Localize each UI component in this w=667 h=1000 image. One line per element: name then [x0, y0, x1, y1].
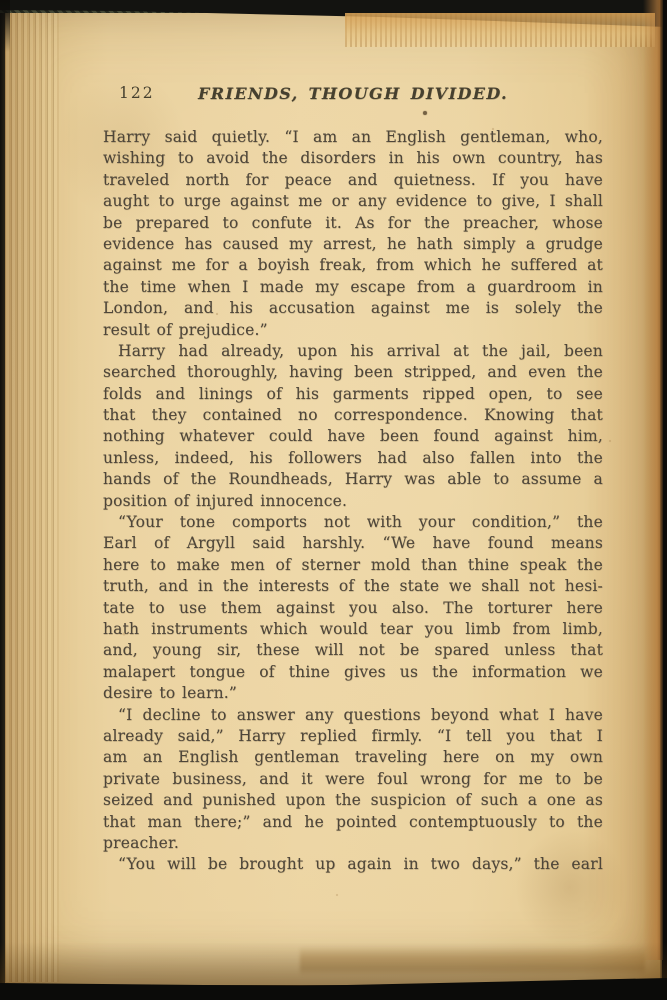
text-line: hands of the Roundheads, Harry was able … [103, 469, 603, 490]
text-line: “You will be brought up again in two day… [103, 854, 603, 875]
text-line: unless, indeed, his followers had also f… [103, 448, 603, 469]
text-line: truth, and in the interests of the state… [103, 576, 603, 597]
text-line: evidence has caused my arrest, he hath s… [103, 234, 603, 255]
text-line: malapert tongue of thine gives us the in… [103, 662, 603, 683]
text-line: already said,” Harry replied firmly. “I … [103, 726, 603, 747]
text-line: am an English gentleman traveling here o… [103, 747, 603, 768]
paragraph: Harry said quietly. “I am an English gen… [103, 127, 603, 341]
text-line: seized and punished upon the suspicion o… [103, 790, 603, 811]
text-line: that they contained no correspondence. K… [103, 405, 603, 426]
text-line: against me for a boyish freak, from whic… [103, 255, 603, 276]
paragraph: Harry had already, upon his arrival at t… [103, 341, 603, 512]
text-line: desire to learn.” [103, 683, 603, 704]
text-line: London, and his accusation against me is… [103, 298, 603, 319]
text-line: wishing to avoid the disorders in his ow… [103, 148, 603, 169]
text-line: that man there;” and he pointed contempt… [103, 812, 603, 833]
paragraph: “Your tone comports not with your condit… [103, 512, 603, 705]
text-line: be prepared to confute it. As for the pr… [103, 213, 603, 234]
text-line: preacher. [103, 833, 603, 854]
text-line: and, young sir, these will not be spared… [103, 640, 603, 661]
text-line: hath instruments which would tear you li… [103, 619, 603, 640]
text-line: Harry said quietly. “I am an English gen… [103, 127, 603, 148]
text-layer: 122 FRIENDS, THOUGH DIVIDED. Harry said … [103, 84, 603, 106]
text-line: searched thoroughly, having been strippe… [103, 362, 603, 383]
paragraph: “I decline to answer any questions beyon… [103, 705, 603, 855]
running-header-title: FRIENDS, THOUGH DIVIDED. [103, 84, 603, 103]
text-line: the time when I made my escape from a gu… [103, 277, 603, 298]
text-line: tate to use them against you also. The t… [103, 598, 603, 619]
book-scan: 122 FRIENDS, THOUGH DIVIDED. Harry said … [0, 0, 667, 1000]
paragraph: “You will be brought up again in two day… [103, 854, 603, 875]
text-line: Harry had already, upon his arrival at t… [103, 341, 603, 362]
text-line: position of injured innocence. [103, 491, 603, 512]
text-line: Earl of Argyll said harshly. “We have fo… [103, 533, 603, 554]
text-line: “I decline to answer any questions beyon… [103, 705, 603, 726]
text-line: nothing whatever could have been found a… [103, 426, 603, 447]
text-line: folds and linings of his garments ripped… [103, 384, 603, 405]
page-body: Harry said quietly. “I am an English gen… [103, 127, 603, 876]
text-line: “Your tone comports not with your condit… [103, 512, 603, 533]
running-head: 122 FRIENDS, THOUGH DIVIDED. [103, 84, 603, 106]
text-line: aught to urge against me or any evidence… [103, 191, 603, 212]
text-line: here to make men of sterner mold than th… [103, 555, 603, 576]
text-line: result of prejudice.” [103, 320, 603, 341]
text-line: private business, and it were foul wrong… [103, 769, 603, 790]
text-line: traveled north for peace and quietness. … [103, 170, 603, 191]
